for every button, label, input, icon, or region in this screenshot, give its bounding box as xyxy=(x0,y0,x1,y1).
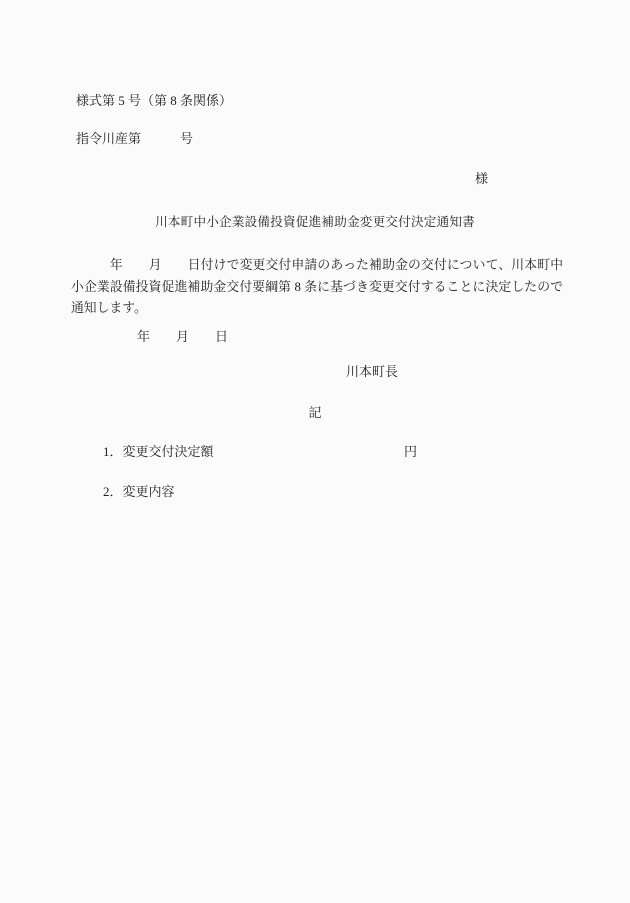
body-line-2: 小企業設備投資促進補助金交付要綱第 8 条に基づき変更交付することに決定したので xyxy=(71,277,563,299)
item-1-label: 1．変更交付決定額 xyxy=(103,444,214,460)
item-1-unit: 円 xyxy=(404,444,417,460)
body-line-1: 年 月 日付けで変更交付申請のあった補助金の交付について、川本町中 xyxy=(71,255,563,277)
body-line-3: 通知します。 xyxy=(71,298,563,320)
date-line: 年 月 日 xyxy=(137,329,228,345)
directive-number-line: 指令川産第 号 xyxy=(76,131,193,147)
addressee-suffix: 様 xyxy=(475,171,488,187)
document-title: 川本町中小企業設備投資促進補助金変更交付決定通知書 xyxy=(0,211,630,230)
document-page: 様式第 5 号（第 8 条関係） 指令川産第 号 様 川本町中小企業設備投資促進… xyxy=(0,0,630,903)
form-number-line: 様式第 5 号（第 8 条関係） xyxy=(76,93,232,109)
item-2-label: 2．変更内容 xyxy=(103,484,175,500)
issuer-line: 川本町長 xyxy=(346,364,398,380)
record-marker: 記 xyxy=(0,402,630,421)
body-paragraph: 年 月 日付けで変更交付申請のあった補助金の交付について、川本町中 小企業設備投… xyxy=(71,255,563,320)
